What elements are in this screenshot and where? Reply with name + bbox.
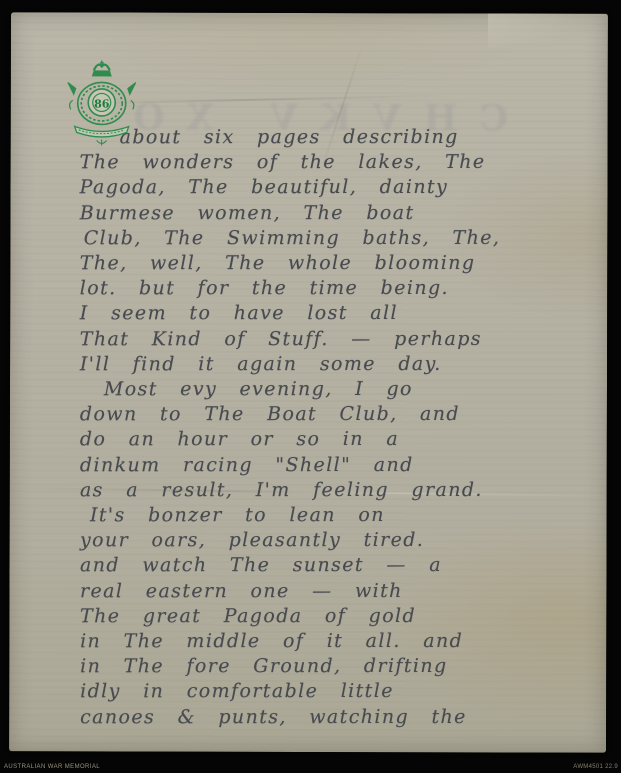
archive-reference-number: AWM4501 22.9 xyxy=(573,764,618,770)
handwritten-line: That Kind of Stuff. — perhaps xyxy=(80,326,580,352)
handwritten-line: as a result, I'm feeling grand. xyxy=(80,478,580,504)
handwritten-line: Most evy evening, I go xyxy=(80,377,580,403)
handwritten-line: and watch The sunset — a xyxy=(80,553,580,579)
handwritten-line: The great Pagoda of gold xyxy=(80,604,580,630)
handwritten-line: The, well, The whole blooming xyxy=(80,251,580,277)
handwritten-line: The wonders of the lakes, The xyxy=(80,150,580,176)
handwritten-line: idly in comfortable little xyxy=(80,679,580,705)
crest-number: 86 xyxy=(94,97,110,110)
scan-frame: CHVKV XO 86 xyxy=(0,0,621,773)
handwritten-line: do an hour or so in a xyxy=(80,427,580,453)
handwritten-line: dinkum racing "Shell" and xyxy=(80,452,580,478)
paper-fold-corner xyxy=(488,13,608,47)
handwritten-line: in The fore Ground, drifting xyxy=(80,654,580,680)
handwritten-line: lot. but for the time being. xyxy=(80,276,580,302)
handwritten-line: down to The Boat Club, and xyxy=(80,402,580,428)
archive-caption-left: AUSTRALIAN WAR MEMORIAL xyxy=(4,764,100,770)
handwritten-line: I seem to have lost all xyxy=(80,301,580,327)
handwritten-line: I'll find it again some day. xyxy=(80,352,580,378)
handwritten-line: about six pages describing xyxy=(80,125,580,151)
handwritten-line: Burmese women, The boat xyxy=(80,200,580,226)
handwritten-line: your oars, pleasantly tired. xyxy=(80,528,580,554)
handwritten-line: real eastern one — with xyxy=(80,578,580,604)
handwritten-line: canoes & punts, watching the xyxy=(80,705,580,731)
handwritten-line: in The middle of it all. and xyxy=(80,629,580,655)
handwritten-letter-text: about six pages describingThe wonders of… xyxy=(80,125,581,730)
handwritten-line: It's bonzer to lean on xyxy=(80,503,580,529)
handwritten-line: Club, The Swimming baths, The, xyxy=(80,226,580,252)
letter-paper: CHVKV XO 86 xyxy=(9,12,608,753)
handwritten-line: Pagoda, The beautiful, dainty xyxy=(80,175,580,201)
